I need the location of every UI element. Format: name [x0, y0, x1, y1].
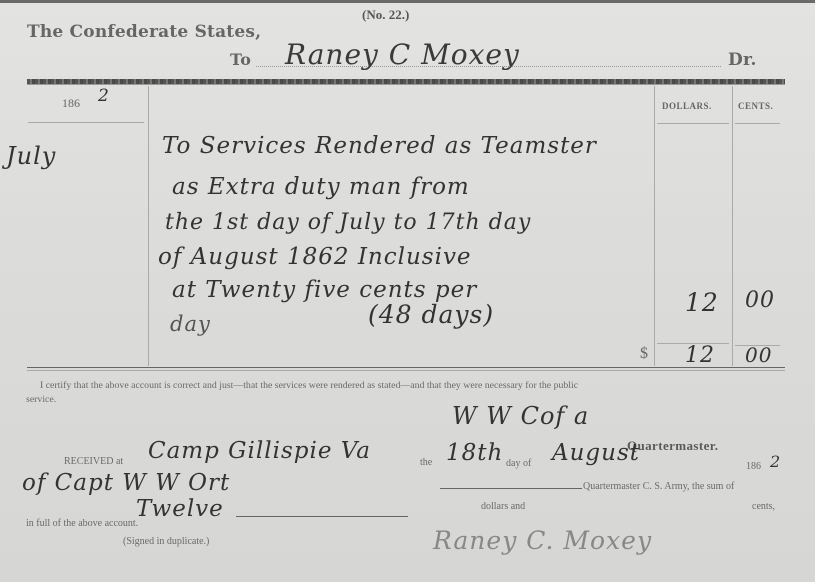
table-bottom-rule-2 [27, 370, 785, 371]
cents-column-left [732, 86, 733, 366]
cents-column-header: CENTS. [738, 101, 773, 111]
received-place: Camp Gillispie Va [148, 438, 371, 464]
entry-dollars: 12 [685, 288, 719, 317]
dollars-column-header: DOLLARS. [662, 101, 712, 111]
entry-description-line-1: To Services Rendered as Teamster [162, 133, 597, 159]
received-month: August [552, 440, 640, 466]
dollars-and-label: dollars and [481, 501, 525, 512]
voucher-paper: (No. 22.) The Confederate States, To Ran… [0, 0, 815, 582]
entry-month: July [6, 142, 56, 170]
entry-description-days: (48 days) [368, 300, 494, 329]
to-label: To [230, 50, 251, 69]
the-label: the [420, 457, 432, 468]
received-from-dash [440, 488, 582, 489]
debtor-label: Dr. [728, 50, 757, 70]
dollars-header-underline [657, 123, 729, 124]
scan-top-edge [0, 0, 815, 3]
year-suffix: 2 [98, 86, 110, 106]
receipt-year-suffix: 2 [770, 452, 781, 471]
certification-text-line-1: I certify that the above account is corr… [40, 380, 578, 391]
in-full-text: in full of the above account. [26, 518, 138, 529]
payee-name: Raney C Moxey [285, 38, 520, 71]
signed-in-duplicate: (Signed in duplicate.) [123, 536, 209, 547]
entry-description-line-2: as Extra duty man from [172, 174, 470, 200]
date-column-divider [148, 86, 149, 366]
quartermaster-signature: W W Cof a [452, 402, 589, 430]
year-underline [28, 122, 144, 123]
total-dollars: 12 [685, 343, 715, 368]
receipt-year-prefix: 186 [746, 461, 761, 472]
day-of-label: day of [506, 458, 531, 469]
dollars-column-left [654, 86, 655, 366]
amount-words-line [236, 516, 408, 517]
entry-description-line-3: the 1st day of July to 17th day [165, 210, 531, 235]
quartermaster-sum-text: Quartermaster C. S. Army, the sum of [583, 481, 734, 492]
received-day: 18th [446, 440, 503, 466]
entry-description-line-4: of August 1862 Inclusive [158, 244, 472, 270]
entry-description-line-6: day [170, 312, 211, 336]
amount-in-words: Twelve [136, 496, 224, 522]
voucher-number: (No. 22.) [362, 7, 409, 23]
year-prefix: 186 [62, 96, 80, 111]
table-bottom-rule [27, 367, 785, 368]
quartermaster-title: Quartermaster. [627, 438, 718, 454]
cents-header-underline [735, 123, 780, 124]
header-rule [27, 79, 785, 85]
cents-label: cents, [752, 501, 775, 512]
total-currency-symbol: $ [640, 345, 648, 363]
entry-cents: 00 [745, 288, 775, 313]
received-at-label: RECEIVED at [64, 456, 123, 467]
document-heading: The Confederate States, [27, 22, 261, 42]
certification-text-line-2: service. [26, 394, 56, 405]
received-from: of Capt W W Ort [22, 470, 230, 496]
payee-signature: Raney C. Moxey [433, 526, 652, 555]
total-cents: 00 [745, 343, 772, 367]
